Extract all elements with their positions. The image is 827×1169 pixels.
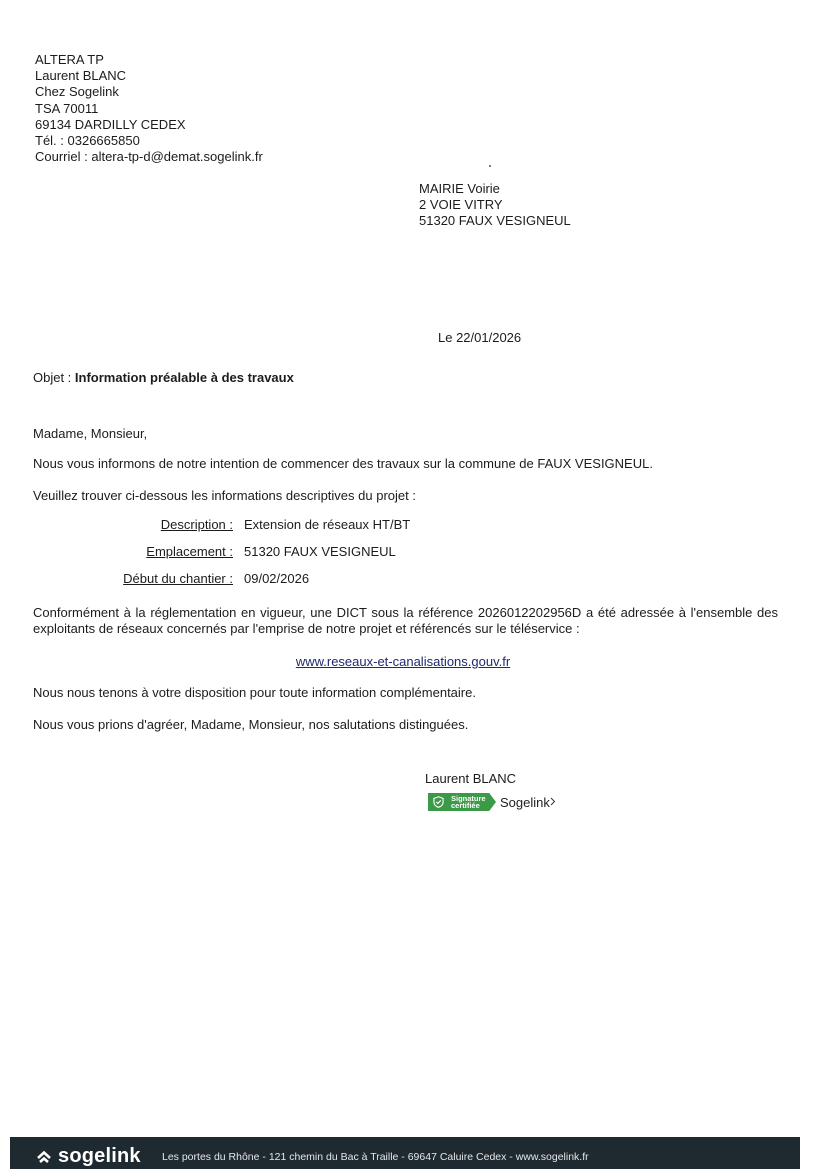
closing-paragraph: Nous vous prions d'agréer, Madame, Monsi… xyxy=(33,717,468,732)
sogelink-logo-icon xyxy=(36,1150,52,1164)
sender-email: Courriel : altera-tp-d@demat.sogelink.fr xyxy=(35,149,263,165)
certified-signature-badge: Signature certifiée Sogelink xyxy=(428,793,556,811)
teleservice-link[interactable]: www.reseaux-et-canalisations.gouv.fr xyxy=(296,654,510,669)
info-label: Début du chantier : xyxy=(100,571,233,586)
info-value: 09/02/2026 xyxy=(244,571,309,586)
info-value: Extension de réseaux HT/BT xyxy=(244,517,410,532)
footer-bar: sogelink Les portes du Rhône - 121 chemi… xyxy=(10,1137,800,1169)
scan-speck xyxy=(489,165,491,167)
greeting: Madame, Monsieur, xyxy=(33,426,147,441)
footer-logo-text: sogelink xyxy=(58,1145,141,1168)
subject-label: Objet : xyxy=(33,370,75,385)
teleservice-link-container: www.reseaux-et-canalisations.gouv.fr xyxy=(0,654,806,669)
letter-date: Le 22/01/2026 xyxy=(438,330,521,345)
sender-care-of: Chez Sogelink xyxy=(35,84,263,100)
badge-text: Signature certifiée xyxy=(451,795,486,810)
recipient-street: 2 VOIE VITRY xyxy=(419,197,571,213)
sogelink-brand: Sogelink xyxy=(500,795,550,810)
recipient-name: MAIRIE Voirie xyxy=(419,181,571,197)
subject-text: Information préalable à des travaux xyxy=(75,370,294,385)
sender-name: Laurent BLANC xyxy=(35,68,263,84)
info-label: Emplacement : xyxy=(100,544,233,559)
info-value: 51320 FAUX VESIGNEUL xyxy=(244,544,396,559)
sender-company: ALTERA TP xyxy=(35,52,263,68)
info-row-location: Emplacement : 51320 FAUX VESIGNEUL xyxy=(100,538,410,565)
signatory-name: Laurent BLANC xyxy=(425,771,516,786)
sender-tsa: TSA 70011 xyxy=(35,101,263,117)
regulation-paragraph: Conformément à la réglementation en vigu… xyxy=(33,605,778,637)
intro-paragraph: Nous vous informons de notre intention d… xyxy=(33,456,653,471)
availability-paragraph: Nous nous tenons à votre disposition pou… xyxy=(33,685,476,700)
sender-city: 69134 DARDILLY CEDEX xyxy=(35,117,263,133)
recipient-city: 51320 FAUX VESIGNEUL xyxy=(419,213,571,229)
sender-phone: Tél. : 0326665850 xyxy=(35,133,263,149)
info-row-start-date: Début du chantier : 09/02/2026 xyxy=(100,565,410,592)
sogelink-chevron-icon xyxy=(550,797,556,806)
signature-certified-tag: Signature certifiée xyxy=(428,793,496,811)
footer-address: Les portes du Rhône - 121 chemin du Bac … xyxy=(162,1151,589,1163)
info-row-description: Description : Extension de réseaux HT/BT xyxy=(100,511,410,538)
badge-line-2: certifiée xyxy=(451,802,486,810)
sender-address-block: ALTERA TP Laurent BLANC Chez Sogelink TS… xyxy=(35,52,263,165)
letter-subject: Objet : Information préalable à des trav… xyxy=(33,370,294,385)
info-label: Description : xyxy=(100,517,233,532)
project-info-table: Description : Extension de réseaux HT/BT… xyxy=(100,511,410,592)
shield-check-icon xyxy=(433,796,444,808)
recipient-address-block: MAIRIE Voirie 2 VOIE VITRY 51320 FAUX VE… xyxy=(419,181,571,229)
footer-logo: sogelink xyxy=(36,1145,141,1168)
info-intro-paragraph: Veuillez trouver ci-dessous les informat… xyxy=(33,488,416,503)
